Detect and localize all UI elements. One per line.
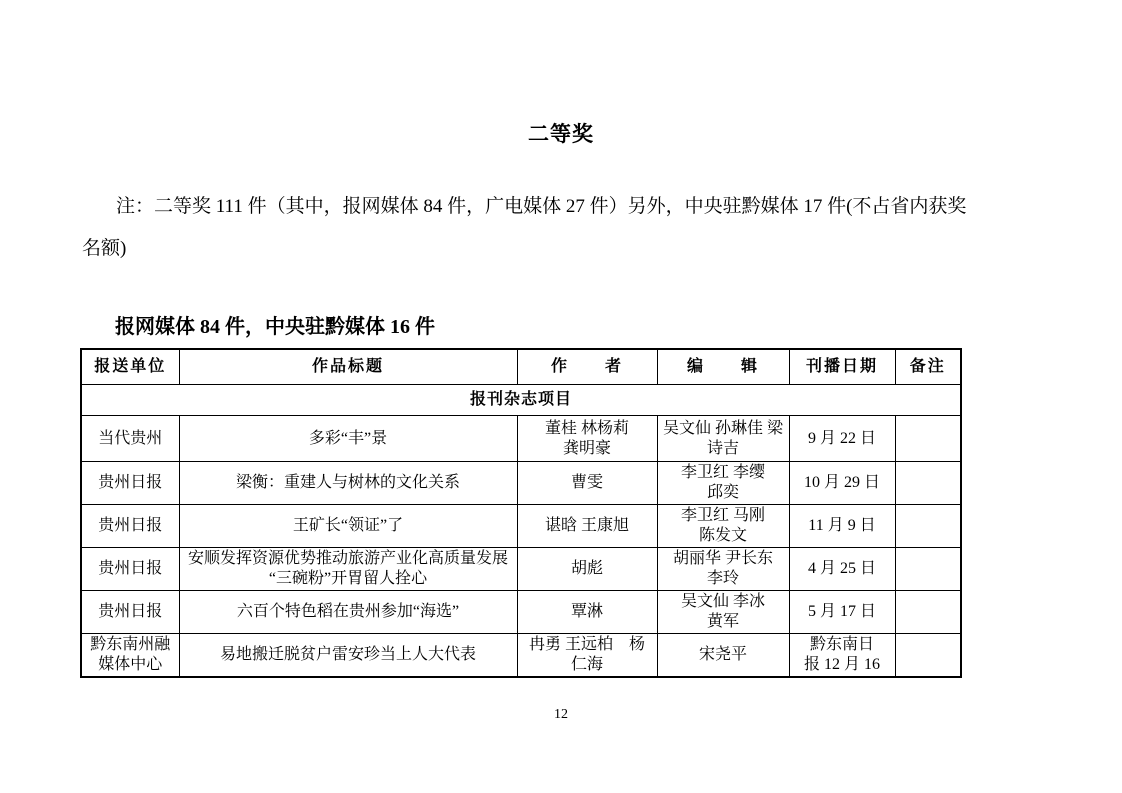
column-header-date: 刊播日期 [789,349,895,385]
column-header-remark: 备注 [895,349,961,385]
cell-date: 5 月 17 日 [789,591,895,634]
cell-editors: 李卫红 马刚 陈发文 [657,505,789,548]
cell-title: 梁衡：重建人与树林的文化关系 [179,462,517,505]
cell-authors: 胡彪 [517,548,657,591]
cell-authors: 董桂 林杨莉 龚明豪 [517,416,657,462]
cell-authors: 冉勇 王远柏 杨 仁海 [517,634,657,678]
table-row: 贵州日报 安顺发挥资源优势推动旅游产业化高质量发展 “三碗粉”开胃留人拴心 胡彪… [81,548,961,591]
document-page: 二等奖 注：二等奖 111 件（其中，报网媒体 84 件，广电媒体 27 件）另… [0,0,1122,793]
cell-unit: 贵州日报 [81,505,179,548]
cell-remark [895,634,961,678]
awards-table: 报送单位 作品标题 作 者 编 辑 刊播日期 备注 报刊杂志项目 当代贵州 多彩… [80,348,962,678]
cell-authors: 覃淋 [517,591,657,634]
cell-date: 黔东南日 报 12 月 16 [789,634,895,678]
cell-editors: 宋尧平 [657,634,789,678]
group-header-row: 报刊杂志项目 [81,385,961,416]
cell-editors: 吴文仙 李冰 黄军 [657,591,789,634]
cell-title: 多彩“丰”景 [179,416,517,462]
table-header-row: 报送单位 作品标题 作 者 编 辑 刊播日期 备注 [81,349,961,385]
cell-date: 11 月 9 日 [789,505,895,548]
cell-date: 4 月 25 日 [789,548,895,591]
cell-unit: 黔东南州融 媒体中心 [81,634,179,678]
cell-date: 9 月 22 日 [789,416,895,462]
cell-unit: 贵州日报 [81,548,179,591]
section-heading: 报网媒体 84 件，中央驻黔媒体 16 件 [115,310,435,339]
cell-remark [895,416,961,462]
cell-authors: 曹雯 [517,462,657,505]
column-header-unit: 报送单位 [81,349,179,385]
cell-remark [895,548,961,591]
cell-authors: 谌晗 王康旭 [517,505,657,548]
column-header-title: 作品标题 [179,349,517,385]
cell-unit: 贵州日报 [81,462,179,505]
column-header-editors: 编 辑 [657,349,789,385]
cell-title: 易地搬迁脱贫户雷安珍当上人大代表 [179,634,517,678]
cell-remark [895,462,961,505]
cell-remark [895,505,961,548]
cell-date: 10 月 29 日 [789,462,895,505]
table-row: 贵州日报 王矿长“领证”了 谌晗 王康旭 李卫红 马刚 陈发文 11 月 9 日 [81,505,961,548]
cell-editors: 吴文仙 孙琳佳 梁 诗吉 [657,416,789,462]
group-header-label: 报刊杂志项目 [81,385,961,416]
column-header-authors: 作 者 [517,349,657,385]
cell-title: 六百个特色稻在贵州参加“海选” [179,591,517,634]
page-number: 12 [0,707,1122,723]
table-row: 当代贵州 多彩“丰”景 董桂 林杨莉 龚明豪 吴文仙 孙琳佳 梁 诗吉 9 月 … [81,416,961,462]
cell-editors: 胡丽华 尹长东 李玲 [657,548,789,591]
cell-unit: 贵州日报 [81,591,179,634]
page-title: 二等奖 [0,118,1122,148]
table-row: 贵州日报 梁衡：重建人与树林的文化关系 曹雯 李卫红 李缨 邱奕 10 月 29… [81,462,961,505]
note-paragraph: 注：二等奖 111 件（其中，报网媒体 84 件，广电媒体 27 件）另外，中央… [82,186,1040,270]
cell-unit: 当代贵州 [81,416,179,462]
cell-remark [895,591,961,634]
table-row: 贵州日报 六百个特色稻在贵州参加“海选” 覃淋 吴文仙 李冰 黄军 5 月 17… [81,591,961,634]
cell-title: 王矿长“领证”了 [179,505,517,548]
cell-editors: 李卫红 李缨 邱奕 [657,462,789,505]
cell-title: 安顺发挥资源优势推动旅游产业化高质量发展 “三碗粉”开胃留人拴心 [179,548,517,591]
table-row: 黔东南州融 媒体中心 易地搬迁脱贫户雷安珍当上人大代表 冉勇 王远柏 杨 仁海 … [81,634,961,678]
